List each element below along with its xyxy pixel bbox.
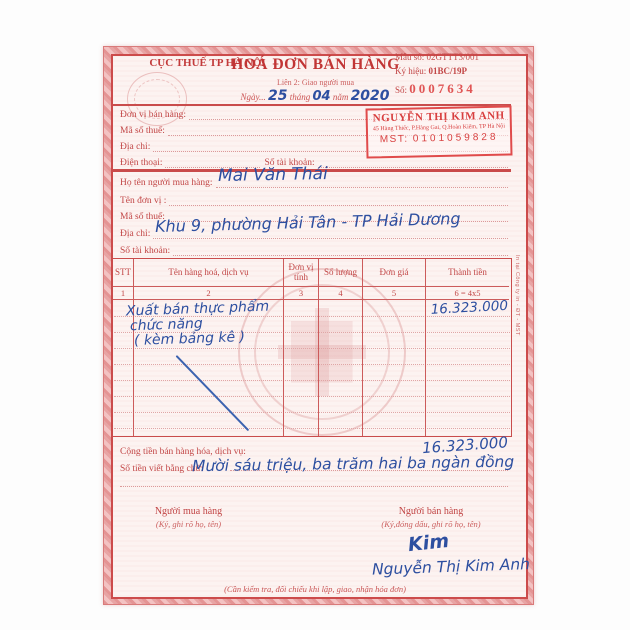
col-header-qty: Số lượng xyxy=(319,259,363,287)
body-cell-amount xyxy=(426,300,509,436)
seller-signature-note: (Ký,đóng dấu, ghi rõ họ, tên) xyxy=(352,519,510,529)
total-label: Cộng tiền bán hàng hóa, dịch vụ: xyxy=(120,447,246,457)
amount-in-words-label: Số tiền viết bằng chữ: xyxy=(120,464,203,474)
seller-phone-label: Điện thoại: xyxy=(120,158,162,168)
col-header-amount: Thành tiền xyxy=(426,259,509,287)
body-cell-unit xyxy=(284,300,319,436)
buyer-account-row: Số tài khoản: xyxy=(120,244,508,256)
year-label: năm xyxy=(333,92,349,102)
footer-note: (Cần kiểm tra, đối chiếu khi lập, giao, … xyxy=(160,584,470,594)
seller-tax-label: Mã số thuế: xyxy=(120,126,165,136)
col-index-1: 1 xyxy=(113,287,134,300)
col-header-name: Tên hàng hoá, dịch vụ xyxy=(134,259,284,287)
handwritten-month: 04 xyxy=(312,89,330,104)
date-prefix: Ngày... xyxy=(240,92,265,102)
dotted-leader xyxy=(173,244,508,256)
handwritten-signature: Kim xyxy=(407,530,450,556)
col-header-price: Đơn giá xyxy=(363,259,426,287)
buyer-name-label: Họ tên người mua hàng: xyxy=(120,178,213,188)
seller-stamp-address: 45 Hàng Thiếc, P.Hàng Gai, Q.Hoàn Kiếm, … xyxy=(371,123,507,133)
buyer-account-label: Số tài khoản: xyxy=(120,246,170,256)
buyer-signature-title: Người mua hàng xyxy=(116,506,261,517)
body-cell-qty xyxy=(319,300,363,436)
header-divider xyxy=(113,104,511,106)
seller-signature-title: Người bán hàng xyxy=(352,506,510,517)
form-number-label: Mẫu số: xyxy=(395,52,424,62)
printer-info-side-text: In tại Công ty in - ĐT - MST xyxy=(514,255,520,445)
dotted-leader xyxy=(318,156,508,168)
invoice-title: HOÁ ĐƠN BÁN HÀNG xyxy=(218,56,413,74)
handwritten-year: 2020 xyxy=(351,88,390,104)
buyer-unit-label: Tên đơn vị : xyxy=(120,196,166,206)
buyer-address-label: Địa chỉ: xyxy=(120,229,150,239)
form-number-value: 02GTTT3/001 xyxy=(427,52,480,62)
dotted-leader xyxy=(169,194,508,206)
seller-stamp: NGUYỄN THỊ KIM ANH 45 Hàng Thiếc, P.Hàng… xyxy=(365,105,512,158)
date-line: Ngày... 25 tháng 04 năm 2020 xyxy=(200,88,430,104)
invoice-scan: CỤC THUẾ TP HÀ NỘI HOÁ ĐƠN BÁN HÀNG Liên… xyxy=(0,0,630,630)
serial-line: Ký hiệu: 01BC/19P xyxy=(395,65,513,79)
col-index-4: 4 xyxy=(319,287,363,300)
month-label: tháng xyxy=(290,92,311,102)
seller-stamp-mst-value: 0101059828 xyxy=(413,132,499,145)
serial-value: 01BC/19P xyxy=(429,66,468,76)
col-index-3: 3 xyxy=(284,287,319,300)
seller-unit-label: Đơn vị bán hàng: xyxy=(120,110,186,120)
buyer-signature-note: (Ký, ghi rõ họ, tên) xyxy=(116,519,261,529)
seller-stamp-mst-label: MST: xyxy=(380,134,409,146)
body-cell-price xyxy=(363,300,426,436)
seller-stamp-mst: MST: 0101059828 xyxy=(368,132,510,146)
buyer-unit-row: Tên đơn vị : xyxy=(120,194,508,206)
copy-label: Liên 2: Giao người mua xyxy=(218,78,413,87)
col-index-5: 5 xyxy=(363,287,426,300)
col-header-unit: Đơn vị tính xyxy=(284,259,319,287)
seller-signature-block: Người bán hàng (Ký,đóng dấu, ghi rõ họ, … xyxy=(352,506,510,529)
form-number-line: Mẫu số: 02GTTT3/001 xyxy=(395,51,513,65)
col-header-stt: STT xyxy=(113,259,134,287)
handwritten-buyer-name: Mai Văn Thái xyxy=(218,164,328,186)
serial-label: Ký hiệu: xyxy=(395,66,426,76)
buyer-signature-block: Người mua hàng (Ký, ghi rõ họ, tên) xyxy=(116,506,261,529)
dotted-leader xyxy=(120,486,508,487)
seller-address-label: Địa chỉ: xyxy=(120,142,150,152)
handwritten-day: 25 xyxy=(268,88,287,104)
